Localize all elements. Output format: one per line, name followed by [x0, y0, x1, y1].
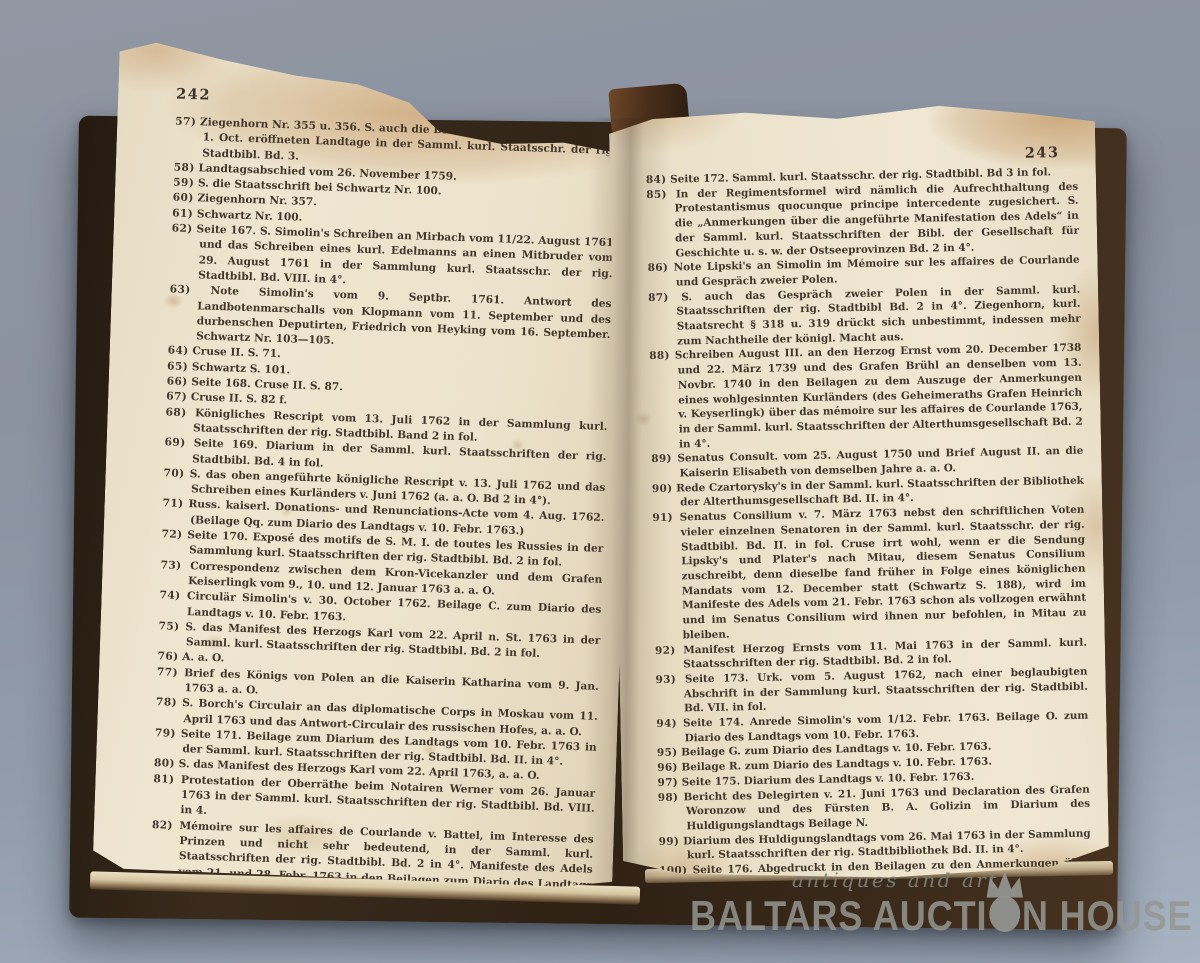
footnote-number: 73) — [160, 559, 181, 572]
footnote-entry: 85) In der Regimentsformel wird nämlich … — [646, 179, 1079, 261]
crown-orb — [989, 896, 1020, 932]
footnote-number: 92) — [655, 644, 676, 656]
footnote-number: 59) — [173, 177, 194, 190]
footnote-number: 86) — [648, 262, 669, 274]
footnote-text: A. a. O. — [182, 651, 225, 664]
footnote-number: 63) — [170, 284, 191, 297]
footnote-number: 71) — [162, 498, 183, 511]
footnote-number: 60) — [173, 192, 194, 205]
watermark-brand-text: BALTARS AUCTIN HOUSE — [690, 892, 1192, 940]
footnote-number: 88) — [649, 350, 670, 362]
watermark-script-text: antiques and art — [792, 868, 999, 892]
footnote-number: 90) — [652, 482, 673, 494]
footnote-number: 62) — [172, 223, 193, 236]
footnote-text: Schreiben August III. an den Herzog Erns… — [675, 342, 1083, 450]
footnote-number: 78) — [156, 696, 177, 709]
footnote-number: 98) — [658, 791, 679, 803]
footnote-number: 72) — [161, 528, 182, 541]
footnote-number: 65) — [167, 360, 188, 373]
footnote-number: 67) — [166, 391, 187, 404]
footnote-number: 91) — [652, 512, 673, 524]
footnote-number: 97) — [657, 776, 678, 788]
footnote-text: Seite 173. Urk. vom 5. August 1762, nach… — [684, 666, 1088, 715]
footnote-number: 61) — [172, 207, 193, 220]
footnote-number: 74) — [159, 589, 180, 602]
footnote-number: 75) — [158, 620, 179, 633]
footnote-number: 57) — [175, 115, 196, 128]
footnote-number: 70) — [163, 467, 184, 480]
footnote-entry: 91) Senatus Consilium v. 7. März 1763 ne… — [652, 503, 1086, 644]
footnote-number: 84) — [646, 174, 667, 186]
footnote-number: 77) — [157, 666, 178, 679]
footnote-text: Ziegenhorn Nr. 357. — [197, 193, 317, 209]
footnote-text: Bericht des Delegirten v. 21. Juni 1763 … — [683, 783, 1090, 832]
footnote-text: Schwartz Nr. 100. — [197, 208, 303, 223]
footnote-number: 68) — [165, 406, 186, 419]
footnotes-list-right: 84) Seite 172. Samml. kurl. Staatsschr. … — [610, 164, 1110, 882]
footnote-text: In der Regimentsformel wird nämlich die … — [674, 180, 1079, 259]
footnote-number: 96) — [657, 762, 678, 774]
footnote-number: 81) — [153, 773, 174, 786]
footnote-text: Note Simolin's vom 9. Septbr. 1761. Antw… — [196, 285, 612, 347]
footnotes-list-left: 57) Ziegenhorn Nr. 355 u. 356. S. auch d… — [92, 113, 637, 889]
footnote-number: 89) — [651, 453, 672, 465]
footnote-entry: 88) Schreiben August III. an den Herzog … — [649, 341, 1083, 452]
footnote-text: Senatus Consilium v. 7. März 1763 nebst … — [680, 504, 1087, 641]
photo-backdrop: 242 57) Ziegenhorn Nr. 355 u. 356. S. au… — [0, 0, 1200, 963]
watermark-brand-right: N HOUSE — [1022, 892, 1193, 939]
footnote-text: Cruse II. S. 82 f. — [191, 392, 288, 407]
footnote-text: Cruse II. S. 71. — [192, 346, 281, 361]
footnote-number: 99) — [659, 835, 680, 847]
footnote-entry: 87) S. auch das Gespräch zweier Polen in… — [648, 282, 1081, 349]
footnote-number: 69) — [164, 437, 185, 450]
crown-icon — [984, 869, 1025, 899]
footnote-number: 58) — [174, 161, 195, 174]
left-page: 242 57) Ziegenhorn Nr. 355 u. 356. S. au… — [92, 42, 639, 889]
footnote-text: Schwartz S. 101. — [192, 361, 291, 376]
footnote-number: 85) — [646, 188, 667, 200]
watermark-brand-left: BALTARS AUCTI — [690, 892, 987, 939]
footnote-number: 79) — [155, 727, 176, 740]
footnote-number: 94) — [656, 718, 677, 730]
footnote-number: 87) — [648, 291, 669, 303]
footnote-text: S. auch das Gespräch zweier Polen in der… — [676, 283, 1080, 347]
footnote-number: 93) — [655, 673, 676, 685]
page-number-left: 242 — [176, 86, 638, 118]
footnote-number: 95) — [657, 747, 678, 759]
footnote-number: 64) — [167, 345, 188, 358]
right-page: 243 84) Seite 172. Samml. kurl. Staatssc… — [609, 101, 1110, 882]
footnote-number: 82) — [152, 819, 173, 832]
footnote-number: 80) — [154, 758, 175, 771]
footnote-number: 76) — [157, 651, 178, 664]
footnote-number: 66) — [166, 375, 187, 388]
